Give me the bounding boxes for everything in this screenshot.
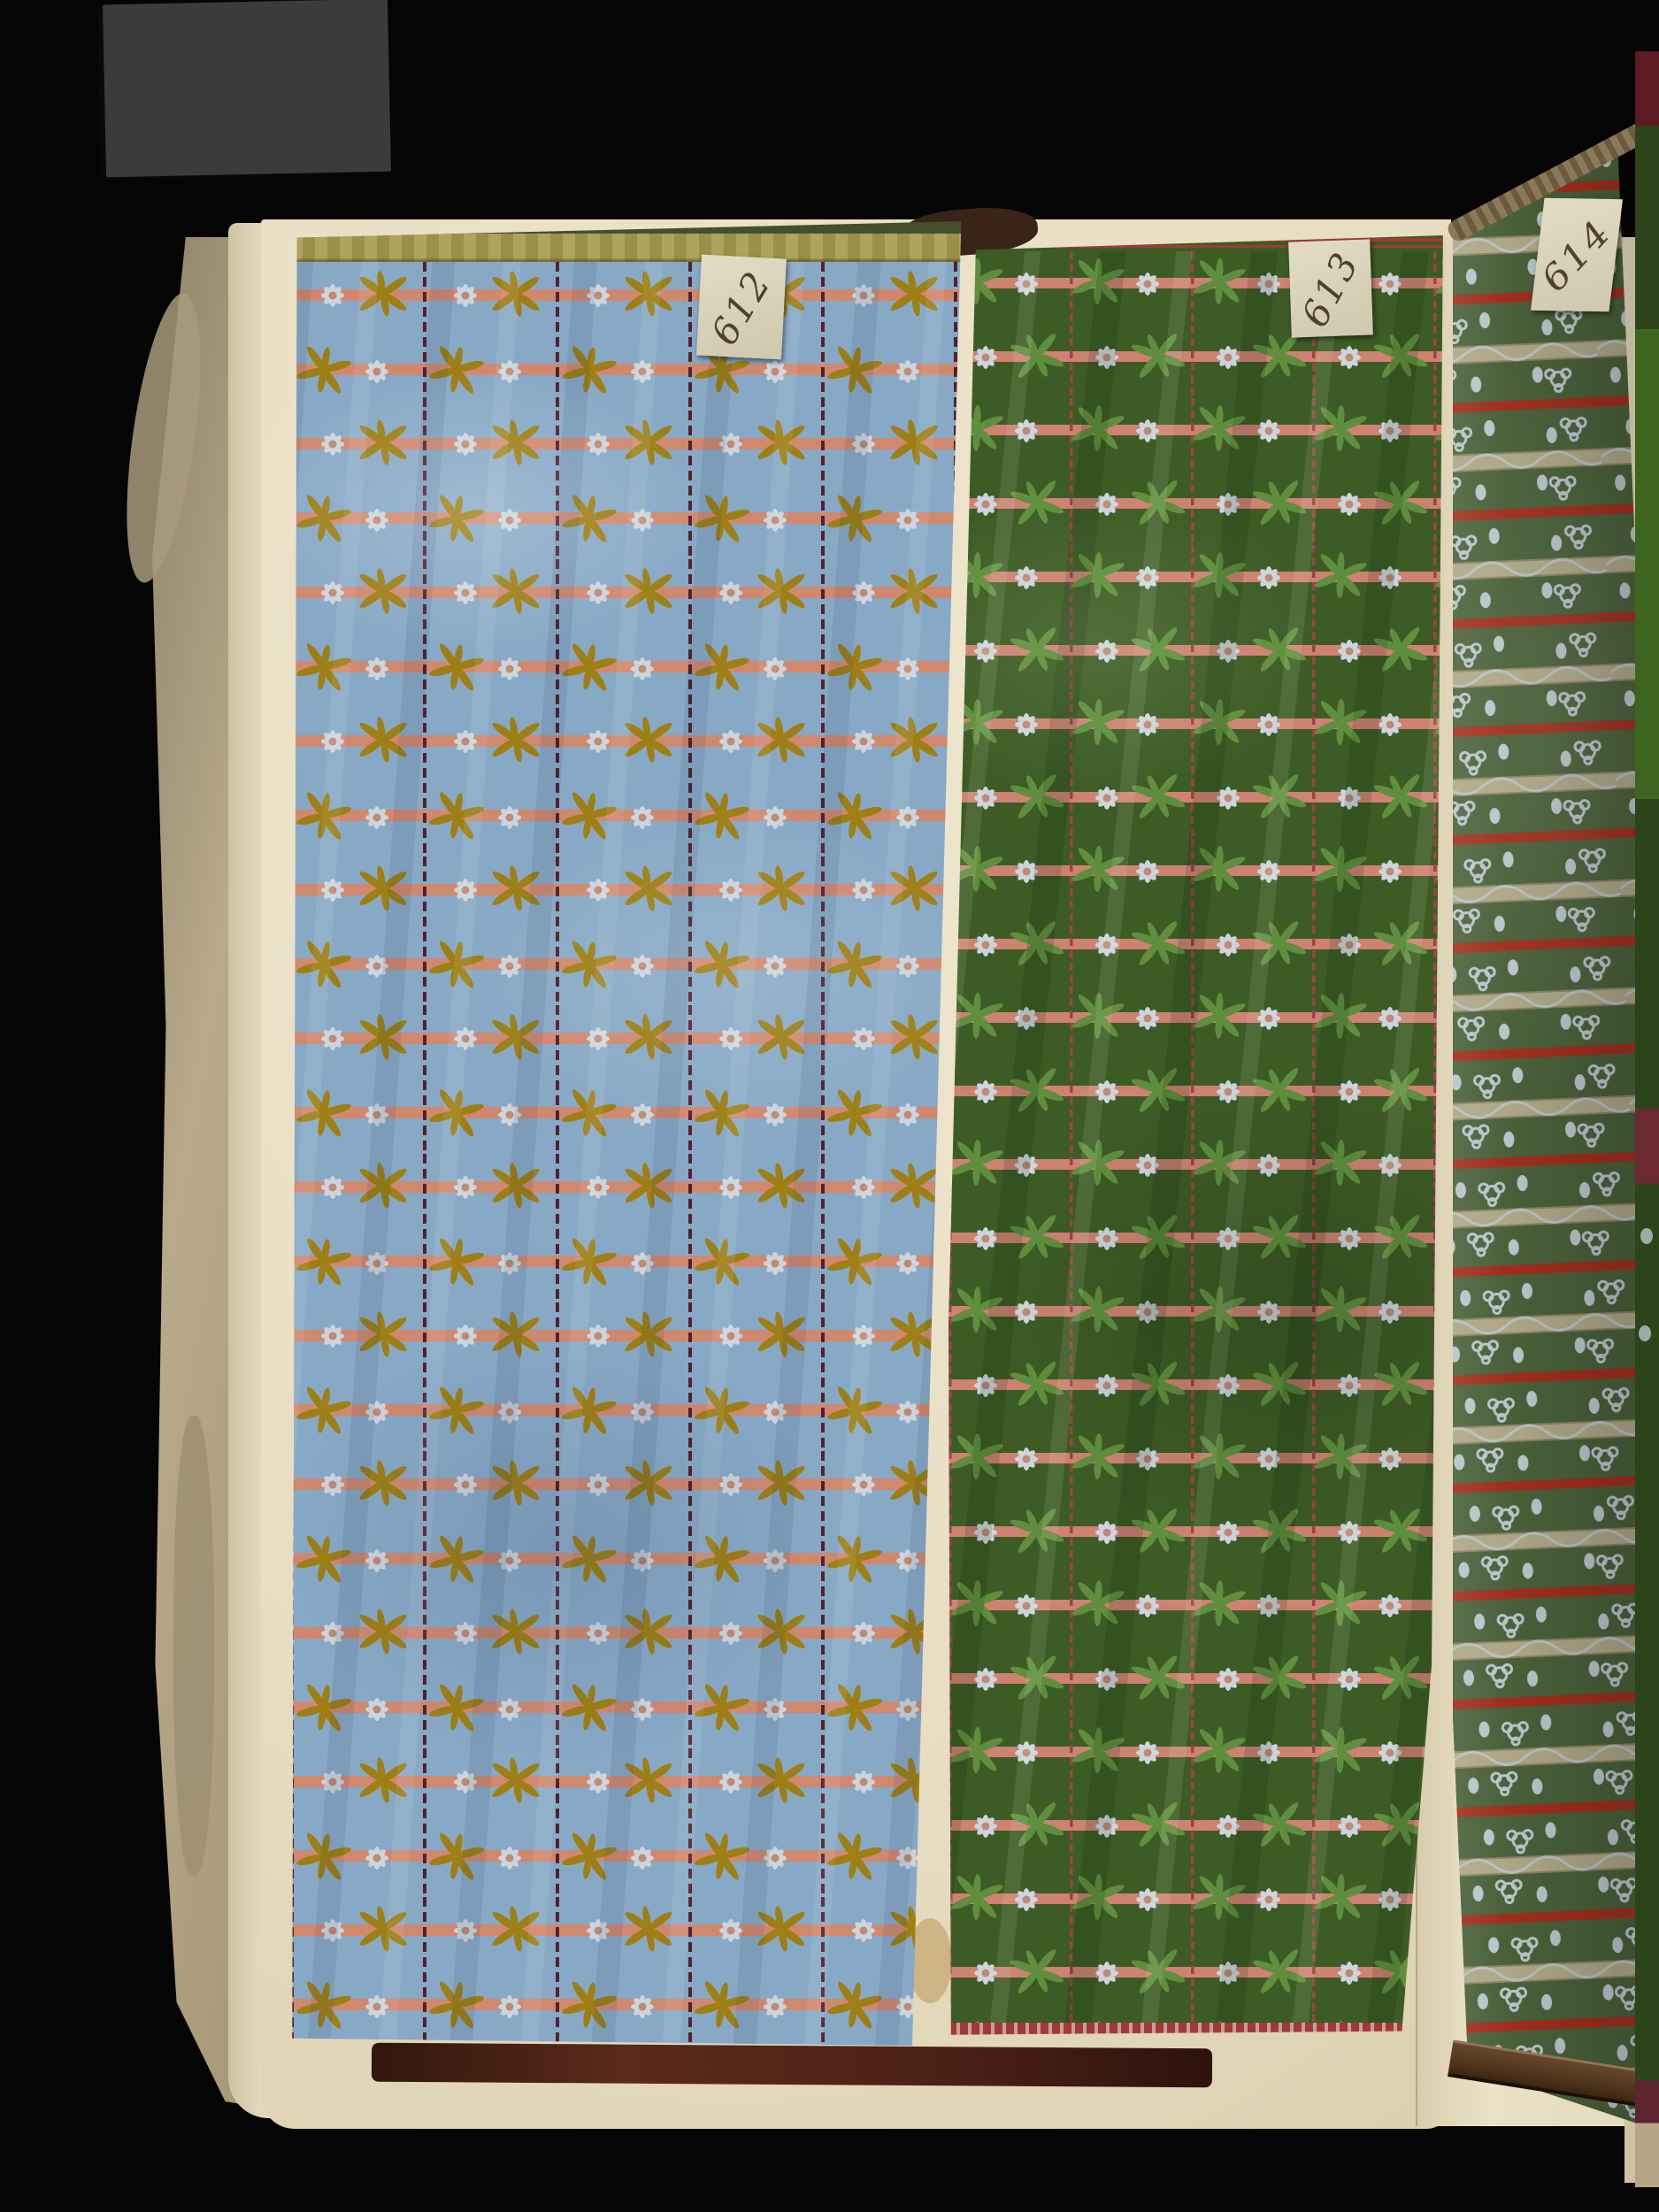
blue-silk-pattern (290, 262, 963, 2046)
swatch-gold-selvage (290, 234, 963, 262)
sample-number-tag: 613 (1288, 239, 1373, 337)
sample-number: 613 (1293, 243, 1368, 334)
striped-silk-pattern (1453, 117, 1635, 2143)
partial-sample-strip (1635, 51, 1659, 2187)
fabric-swatch-blue-612 (290, 221, 963, 2046)
sample-number: 612 (703, 262, 780, 352)
silver-flower-dot (1640, 1228, 1653, 1244)
green-silk-pattern (949, 251, 1444, 2023)
silver-flower-dot (1639, 1325, 1651, 1341)
underlying-velvet-edge (372, 2043, 1212, 2088)
sample-number: 614 (1533, 211, 1621, 298)
fabric-swatch-green-613 (949, 235, 1444, 2046)
textile-sample-book-photo: 612 613 614 (0, 0, 1659, 2212)
torn-cover-fragment (173, 1416, 214, 1876)
sample-number-tag: 614 (1531, 198, 1623, 312)
fabric-swatch-striped-614 (1453, 117, 1635, 2143)
color-calibration-chart (103, 0, 391, 177)
sample-number-tag: 612 (696, 255, 787, 360)
